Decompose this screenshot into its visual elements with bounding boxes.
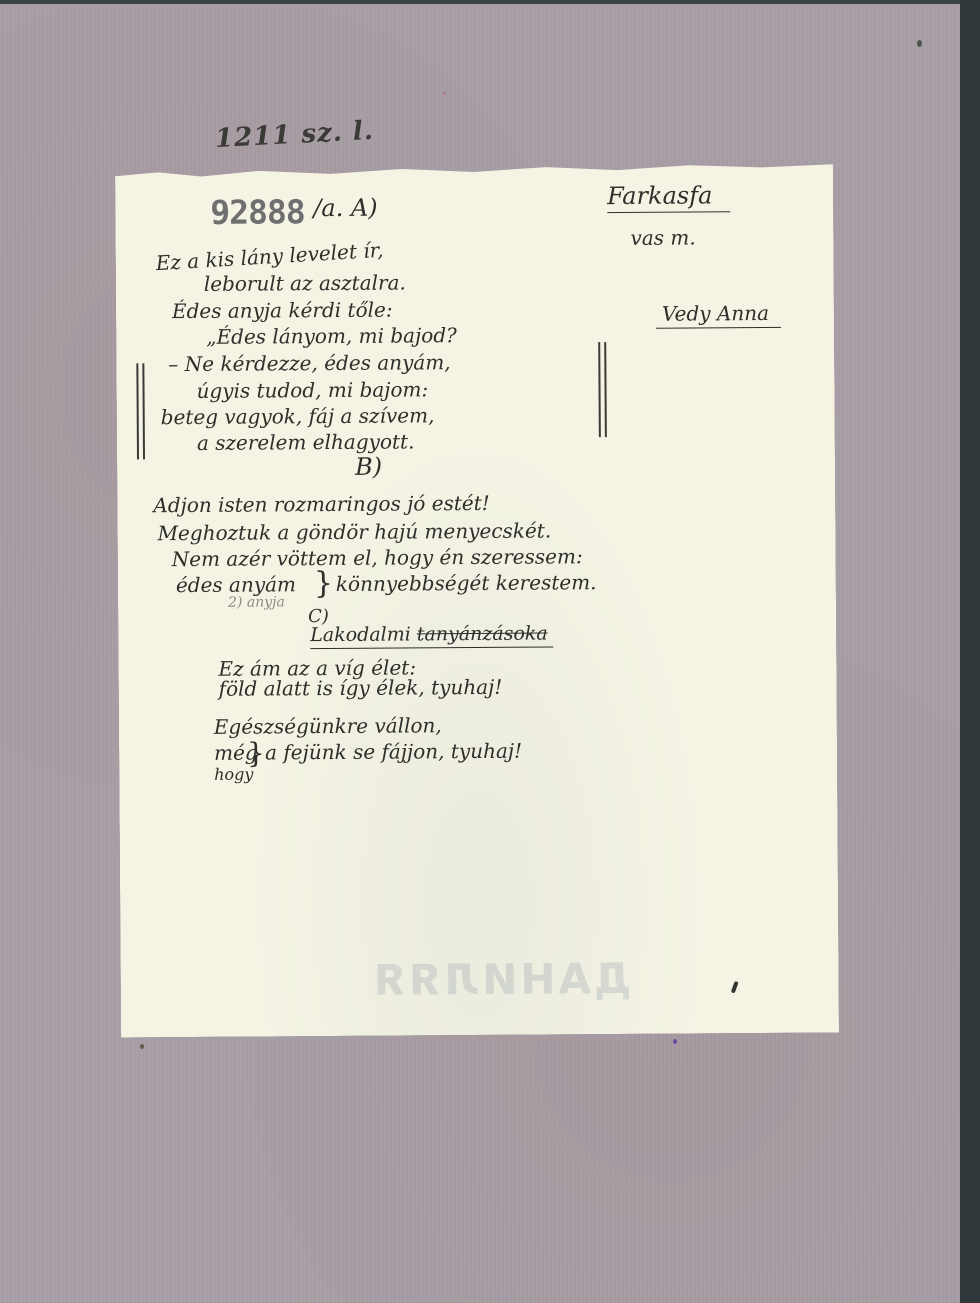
paper-speck — [443, 92, 446, 95]
variant-note: 2) anyja — [228, 594, 285, 610]
verse-line: föld alatt is így élek, tyuhaj! — [219, 675, 503, 701]
verse-line: Meghoztuk a göndör hajú menyecskét. — [157, 518, 551, 545]
paper-speck — [140, 1044, 144, 1049]
verse-line: édes anyám — [176, 572, 296, 597]
repeat-sign-right — [598, 342, 607, 437]
verse-line: Adjon isten rozmaringos jó estét! — [153, 491, 490, 517]
verse-line: Egészségünkre vállon, — [214, 713, 442, 739]
paper-speck — [673, 1039, 677, 1044]
verse-line: Nem azér vöttem el, hogy én szeressem: — [172, 544, 583, 571]
verse-line: a szerelem elhagyott. — [197, 429, 415, 455]
repeat-sign-left — [136, 363, 145, 459]
show-through-print: ДАНИЛЯЯ — [370, 954, 631, 1005]
brace-glyph: } — [314, 566, 333, 601]
verse-line-underlined: Édes anyja kérdi tőle: — [172, 298, 393, 324]
manuscript-sheet: ДАНИЛЯЯ 92888 /a. A) Farkasfa vas m. Ved… — [115, 163, 839, 1038]
verse-line: könnyebbségét kerestem. — [336, 570, 597, 596]
scan-edge — [0, 0, 960, 4]
archive-stamp-number: 92888 — [210, 192, 305, 232]
verse-line: Ez a kis lány levelet ír, — [155, 238, 384, 275]
catalog-mark: 1211 sz. l. — [214, 116, 374, 154]
verse-line: a fejünk se fájjon, tyuhaj! — [265, 739, 522, 765]
section-c-title-struck: tanyánzásoka — [417, 623, 548, 646]
county-name: vas m. — [630, 225, 695, 249]
verse-line: „Édes lányom, mi bajod? — [206, 323, 457, 349]
section-c-title: Lakodalmi tanyánzásoka — [310, 622, 554, 649]
section-b-label: B) — [355, 453, 382, 481]
verse-line: beteg vagyok, fáj a szívem, — [161, 403, 435, 429]
verse-line-variant: hogy — [214, 765, 253, 784]
verse-line: leborult az asztalra. — [204, 270, 406, 295]
section-c-title-text: Lakodalmi — [310, 623, 411, 646]
verse-line: – Ne kérdezze, édes anyám, — [168, 350, 450, 376]
verse-line: úgyis tudod, mi bajom: — [196, 377, 428, 403]
informant-name: Vedy Anna — [656, 301, 781, 329]
paper-speck — [917, 40, 922, 47]
section-a-label: /a. A) — [313, 194, 378, 222]
village-name: Farkasfa — [607, 181, 730, 213]
ink-mark — [731, 981, 739, 994]
